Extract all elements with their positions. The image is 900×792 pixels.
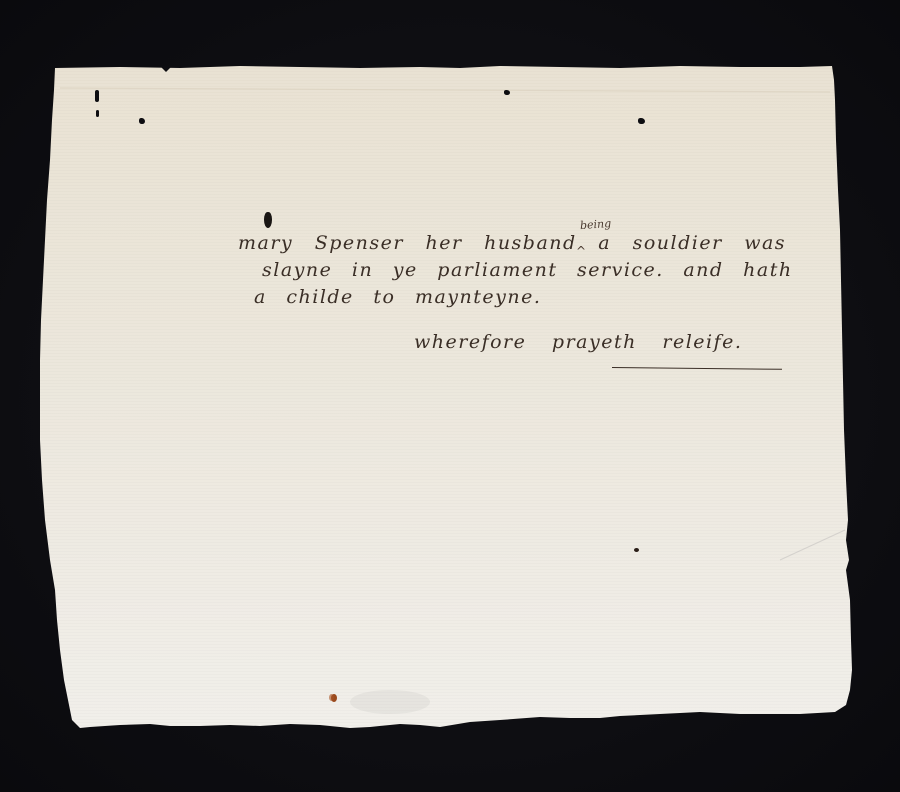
paper-sheet [0, 0, 900, 792]
paper-hole [139, 118, 145, 124]
text-line-1: mary Spenser her husband a souldier was [238, 232, 786, 254]
rust-stain [329, 694, 334, 701]
text-line-4: wherefore prayeth releife. [414, 331, 742, 353]
paper-hole [638, 118, 645, 124]
paper-hole [95, 90, 99, 102]
text-line-2: slayne in ye parliament service. and hat… [262, 259, 793, 281]
interlinear-insertion: being [580, 217, 612, 232]
paper-hole [96, 110, 99, 117]
ink-dot [634, 548, 639, 552]
ink-blot [264, 212, 272, 228]
document-photo: being ^ mary Spenser her husband a sould… [0, 0, 900, 792]
text-line-3: a childe to maynteyne. [254, 286, 541, 308]
paper-hole [504, 90, 510, 95]
